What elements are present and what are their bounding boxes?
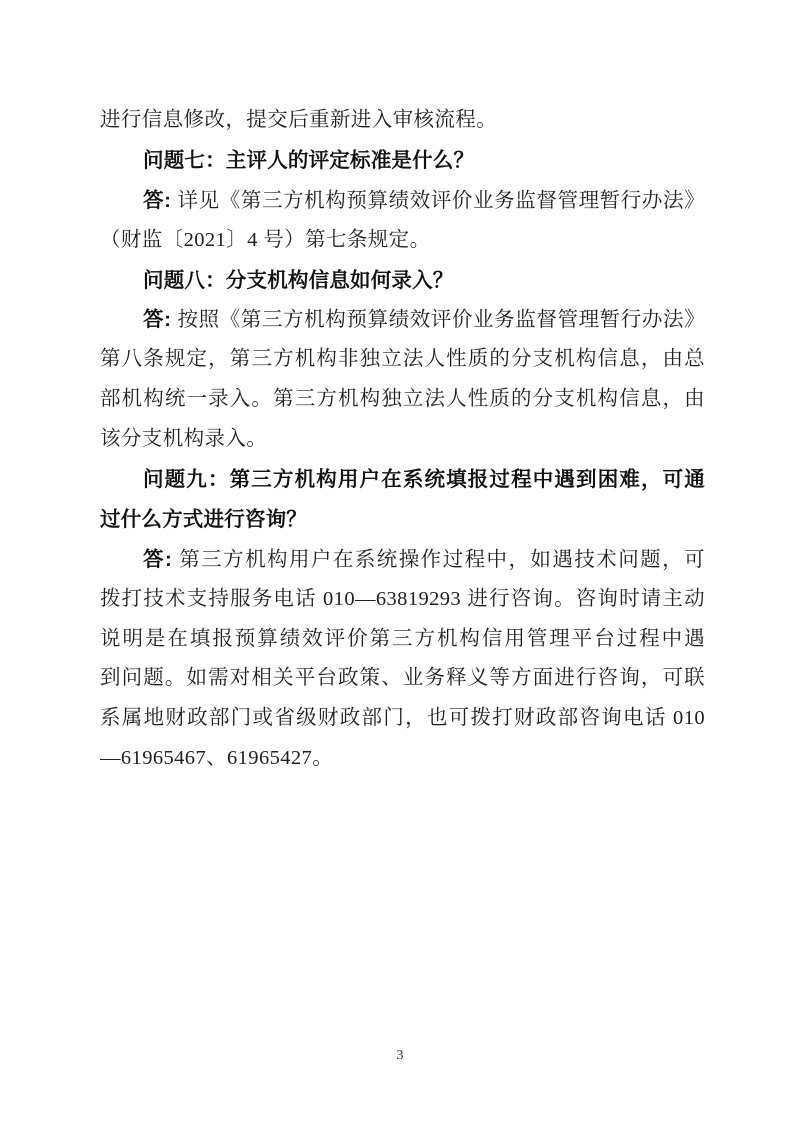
answer-9-line-5: 系属地财政部门或省级财政部门，也可拨打财政部咨询电话 010 — [100, 699, 705, 739]
answer-9-line-2: 拨打技术支持服务电话 010—63819293 进行咨询。咨询时请主动 — [100, 580, 705, 620]
answer-9-line-4: 到问题。如需对相关平台政策、业务释义等方面进行咨询，可联 — [100, 659, 705, 699]
answer-7-line-1: 答:详见《第三方机构预算绩效评价业务监督管理暂行办法》 — [100, 181, 705, 221]
answer-9-text-1: 第三方机构用户在系统操作过程中，如遇技术问题，可 — [178, 549, 705, 571]
answer-8-text-1: 按照《第三方机构预算绩效评价业务监督管理暂行办法》 — [177, 309, 705, 331]
question-7-heading: 问题七：主评人的评定标准是什么？ — [100, 141, 705, 181]
document-page: 进行信息修改，提交后重新进入审核流程。 问题七：主评人的评定标准是什么？ 答:详… — [0, 0, 800, 1130]
question-8-heading: 问题八：分支机构信息如何录入？ — [100, 261, 705, 301]
continuation-paragraph-line: 进行信息修改，提交后重新进入审核流程。 — [100, 101, 705, 141]
answer-8-line-1: 答:按照《第三方机构预算绩效评价业务监督管理暂行办法》 — [100, 300, 705, 340]
answer-8-line-3: 部机构统一录入。第三方机构独立法人性质的分支机构信息，由 — [100, 380, 705, 420]
page-number: 3 — [0, 1048, 800, 1064]
document-text-block: 进行信息修改，提交后重新进入审核流程。 问题七：主评人的评定标准是什么？ 答:详… — [100, 101, 705, 779]
answer-9-line-6: —61965467、61965427。 — [100, 739, 705, 779]
answer-7-line-2: （财监〔2021〕4 号）第七条规定。 — [100, 221, 705, 261]
answer-8-line-4: 该分支机构录入。 — [100, 420, 705, 460]
answer-8-line-2: 第八条规定，第三方机构非独立法人性质的分支机构信息，由总 — [100, 340, 705, 380]
question-9-heading-line-1: 问题九：第三方机构用户在系统填报过程中遇到困难，可通 — [100, 460, 705, 500]
answer-8-label: 答: — [143, 308, 171, 331]
answer-7-label: 答: — [143, 189, 171, 212]
question-9-heading-line-2: 过什么方式进行咨询？ — [100, 500, 705, 540]
answer-9-line-3: 说明是在填报预算绩效评价第三方机构信用管理平台过程中遇 — [100, 620, 705, 660]
answer-9-label: 答: — [143, 548, 172, 571]
answer-9-line-1: 答:第三方机构用户在系统操作过程中，如遇技术问题，可 — [100, 540, 705, 580]
answer-7-text-1: 详见《第三方机构预算绩效评价业务监督管理暂行办法》 — [177, 190, 705, 212]
